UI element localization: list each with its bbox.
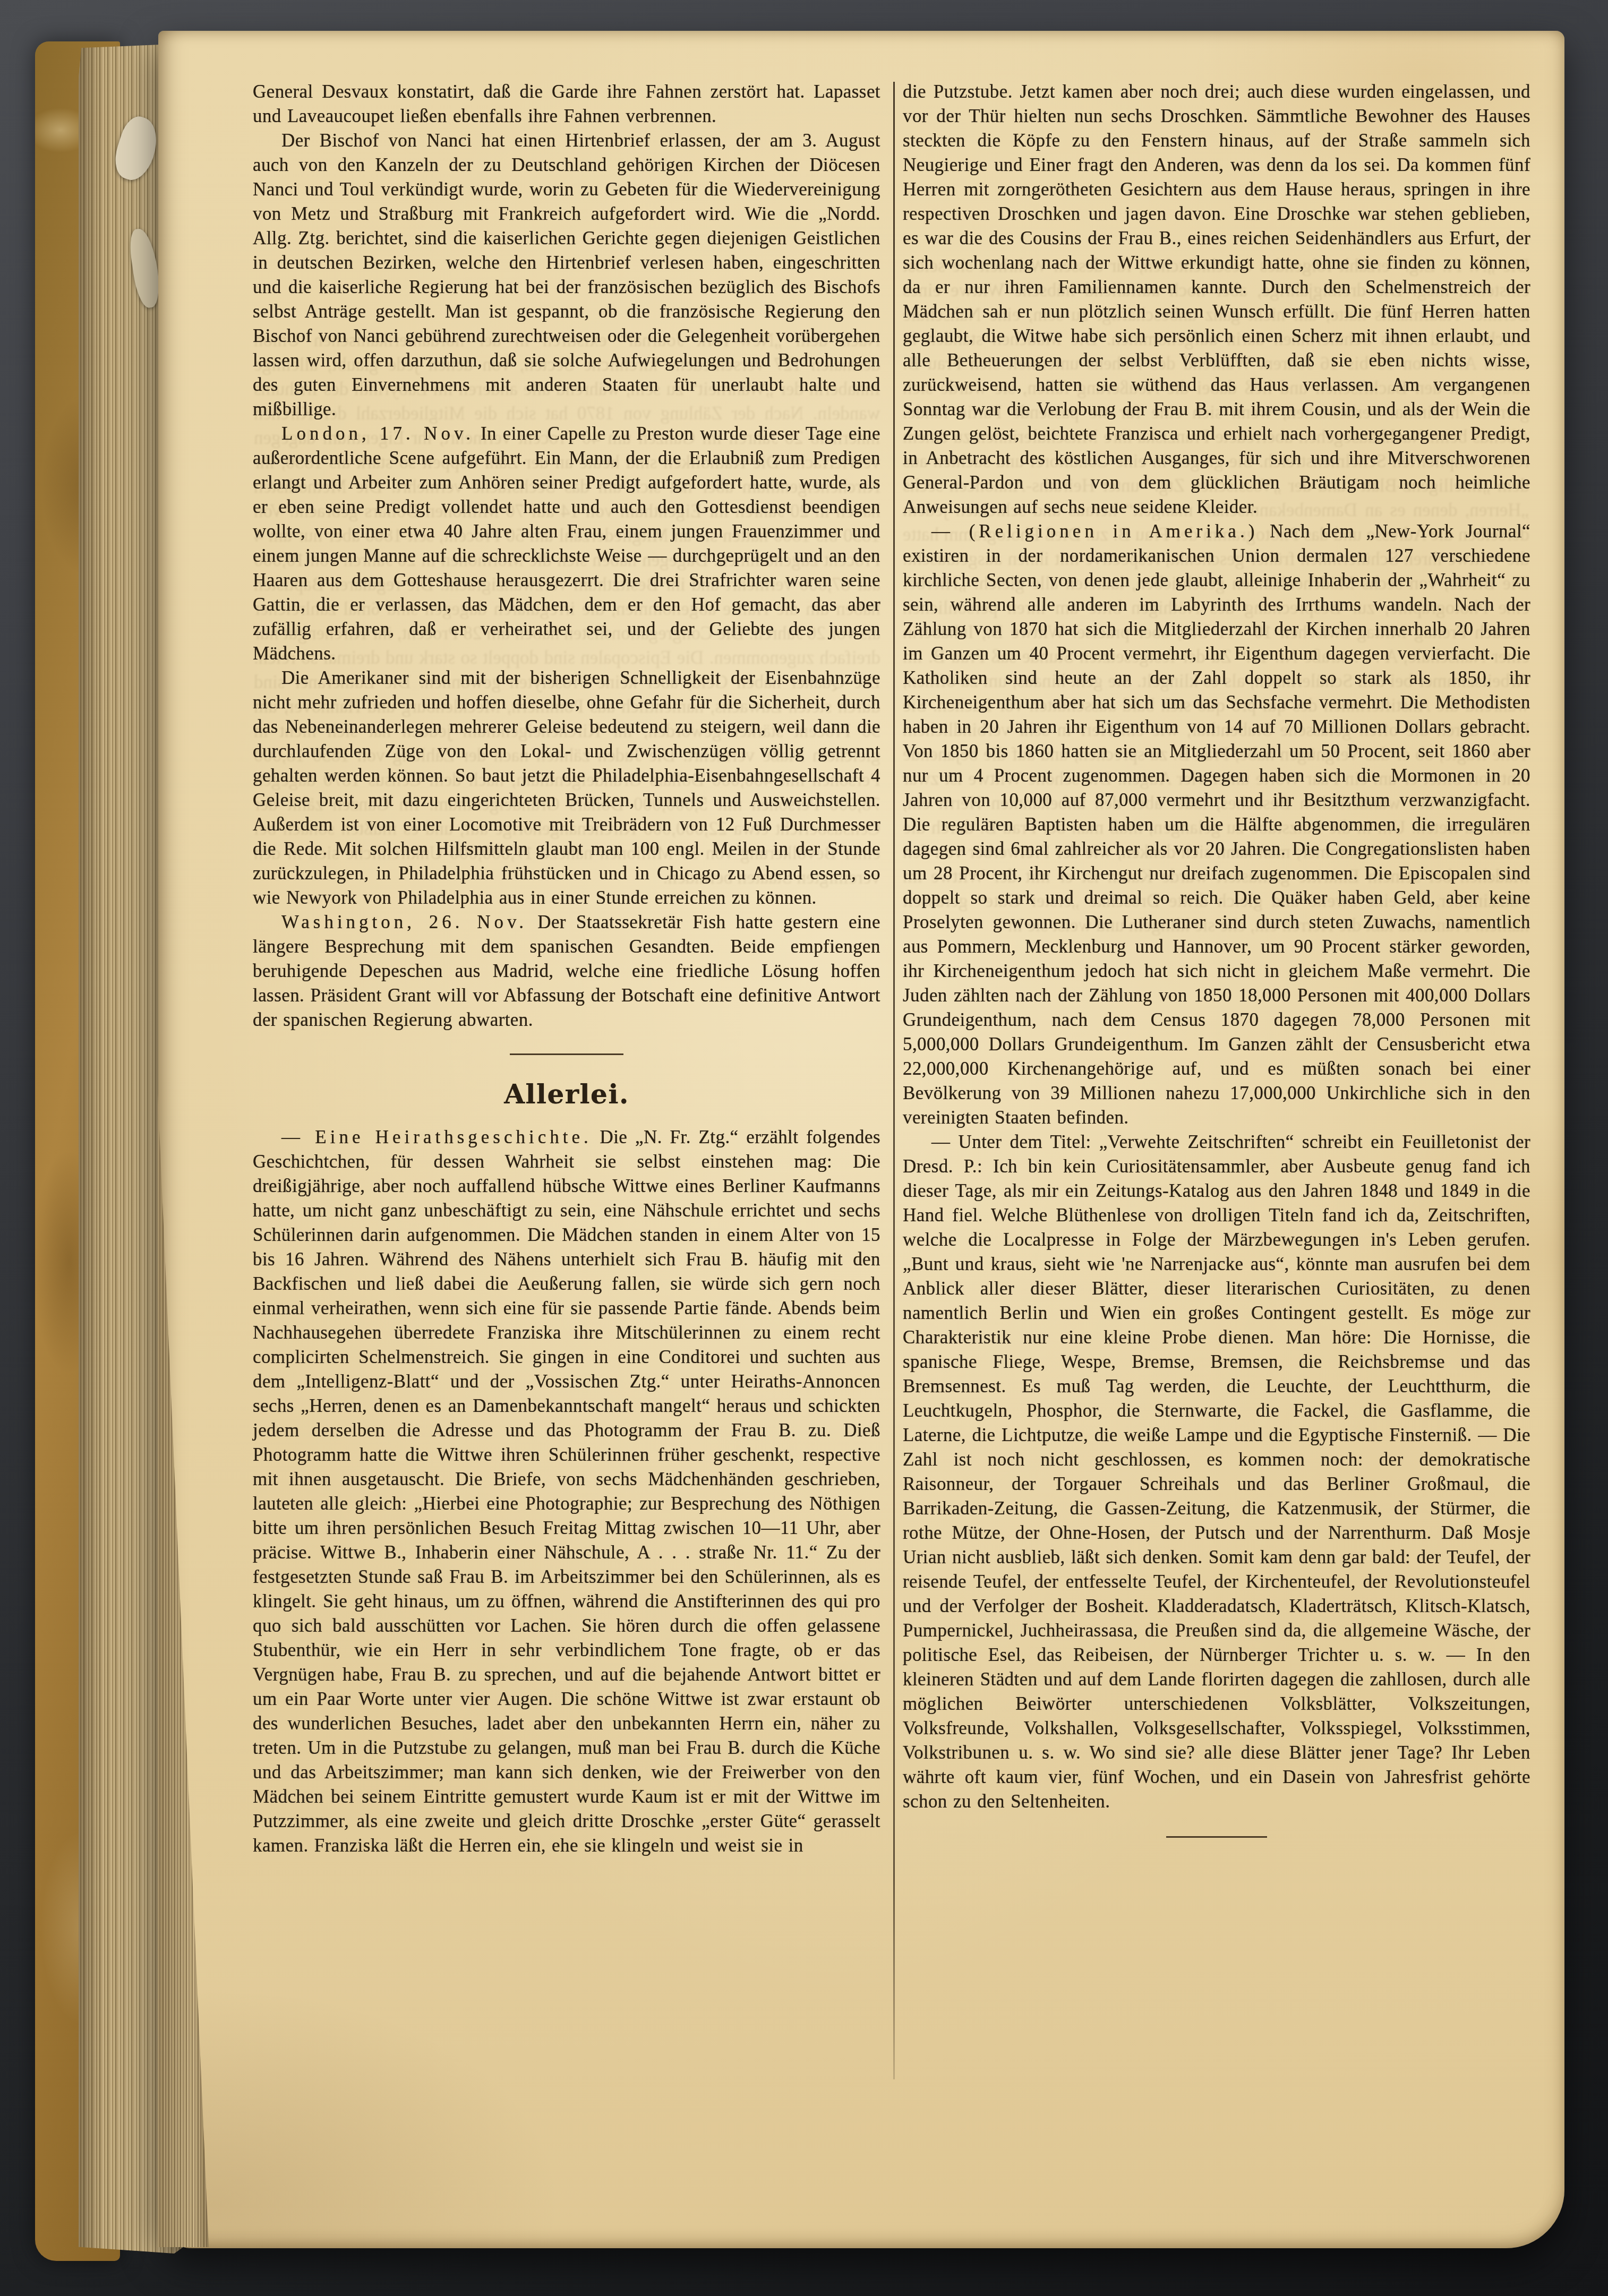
news-paragraph: Die Amerikaner sind mit der bisherigen S…	[253, 666, 880, 910]
photo-background: Nach dem „New-York Journal“ existiren in…	[0, 0, 1608, 2296]
news-paragraph: General Desvaux konstatirt, daß die Gard…	[253, 80, 880, 128]
column-divider-rule	[893, 82, 895, 2079]
paragraph-text: General Desvaux konstatirt, daß die Gard…	[253, 81, 880, 126]
news-paragraph: Washington, 26. Nov. Der Staatssekretär …	[253, 910, 880, 1032]
paragraph-text: Der Bischof von Nanci hat einen Hirtenbr…	[253, 130, 880, 419]
paragraph-text: Die Amerikaner sind mit der bisherigen S…	[253, 667, 880, 908]
paragraph-text: die Putzstube. Jetzt kamen aber noch dre…	[903, 81, 1530, 517]
news-paragraph: London, 17. Nov. In einer Capelle zu Pre…	[253, 422, 880, 666]
paragraph-text: In einer Capelle zu Preston wurde dieser…	[253, 423, 880, 664]
paragraph-text: Die „N. Fr. Ztg.“ erzählt folgendes Gesc…	[253, 1127, 880, 1856]
paragraph-lead: — Eine Heirathsgeschichte.	[281, 1127, 592, 1147]
paragraph-lead: London, 17. Nov.	[281, 423, 474, 444]
paragraph-lead: — (Religionen in Amerika.)	[931, 521, 1258, 542]
news-paragraph: die Putzstube. Jetzt kamen aber noch dre…	[903, 80, 1530, 519]
paragraph-lead: Washington, 26. Nov.	[281, 912, 527, 932]
right-column: die Putzstube. Jetzt kamen aber noch dre…	[903, 80, 1530, 1838]
newspaper-page: Nach dem „New-York Journal“ existiren in…	[158, 31, 1564, 2248]
section-divider-rule	[1166, 1836, 1267, 1838]
paragraph-text: Nach dem „New-York Journal“ existiren in…	[903, 521, 1530, 1128]
paragraph-text: — Unter dem Titel: „Verwehte Zeitschrift…	[903, 1132, 1530, 1812]
news-paragraph: Der Bischof von Nanci hat einen Hirtenbr…	[253, 128, 880, 422]
left-column: General Desvaux konstatirt, daß die Gard…	[253, 80, 880, 1858]
section-heading: Allerlei.	[253, 1080, 880, 1109]
news-paragraph: — Eine Heirathsgeschichte. Die „N. Fr. Z…	[253, 1125, 880, 1858]
section-divider-rule	[510, 1053, 623, 1055]
news-paragraph: — Unter dem Titel: „Verwehte Zeitschrift…	[903, 1130, 1530, 1814]
news-paragraph: — (Religionen in Amerika.) Nach dem „New…	[903, 519, 1530, 1130]
